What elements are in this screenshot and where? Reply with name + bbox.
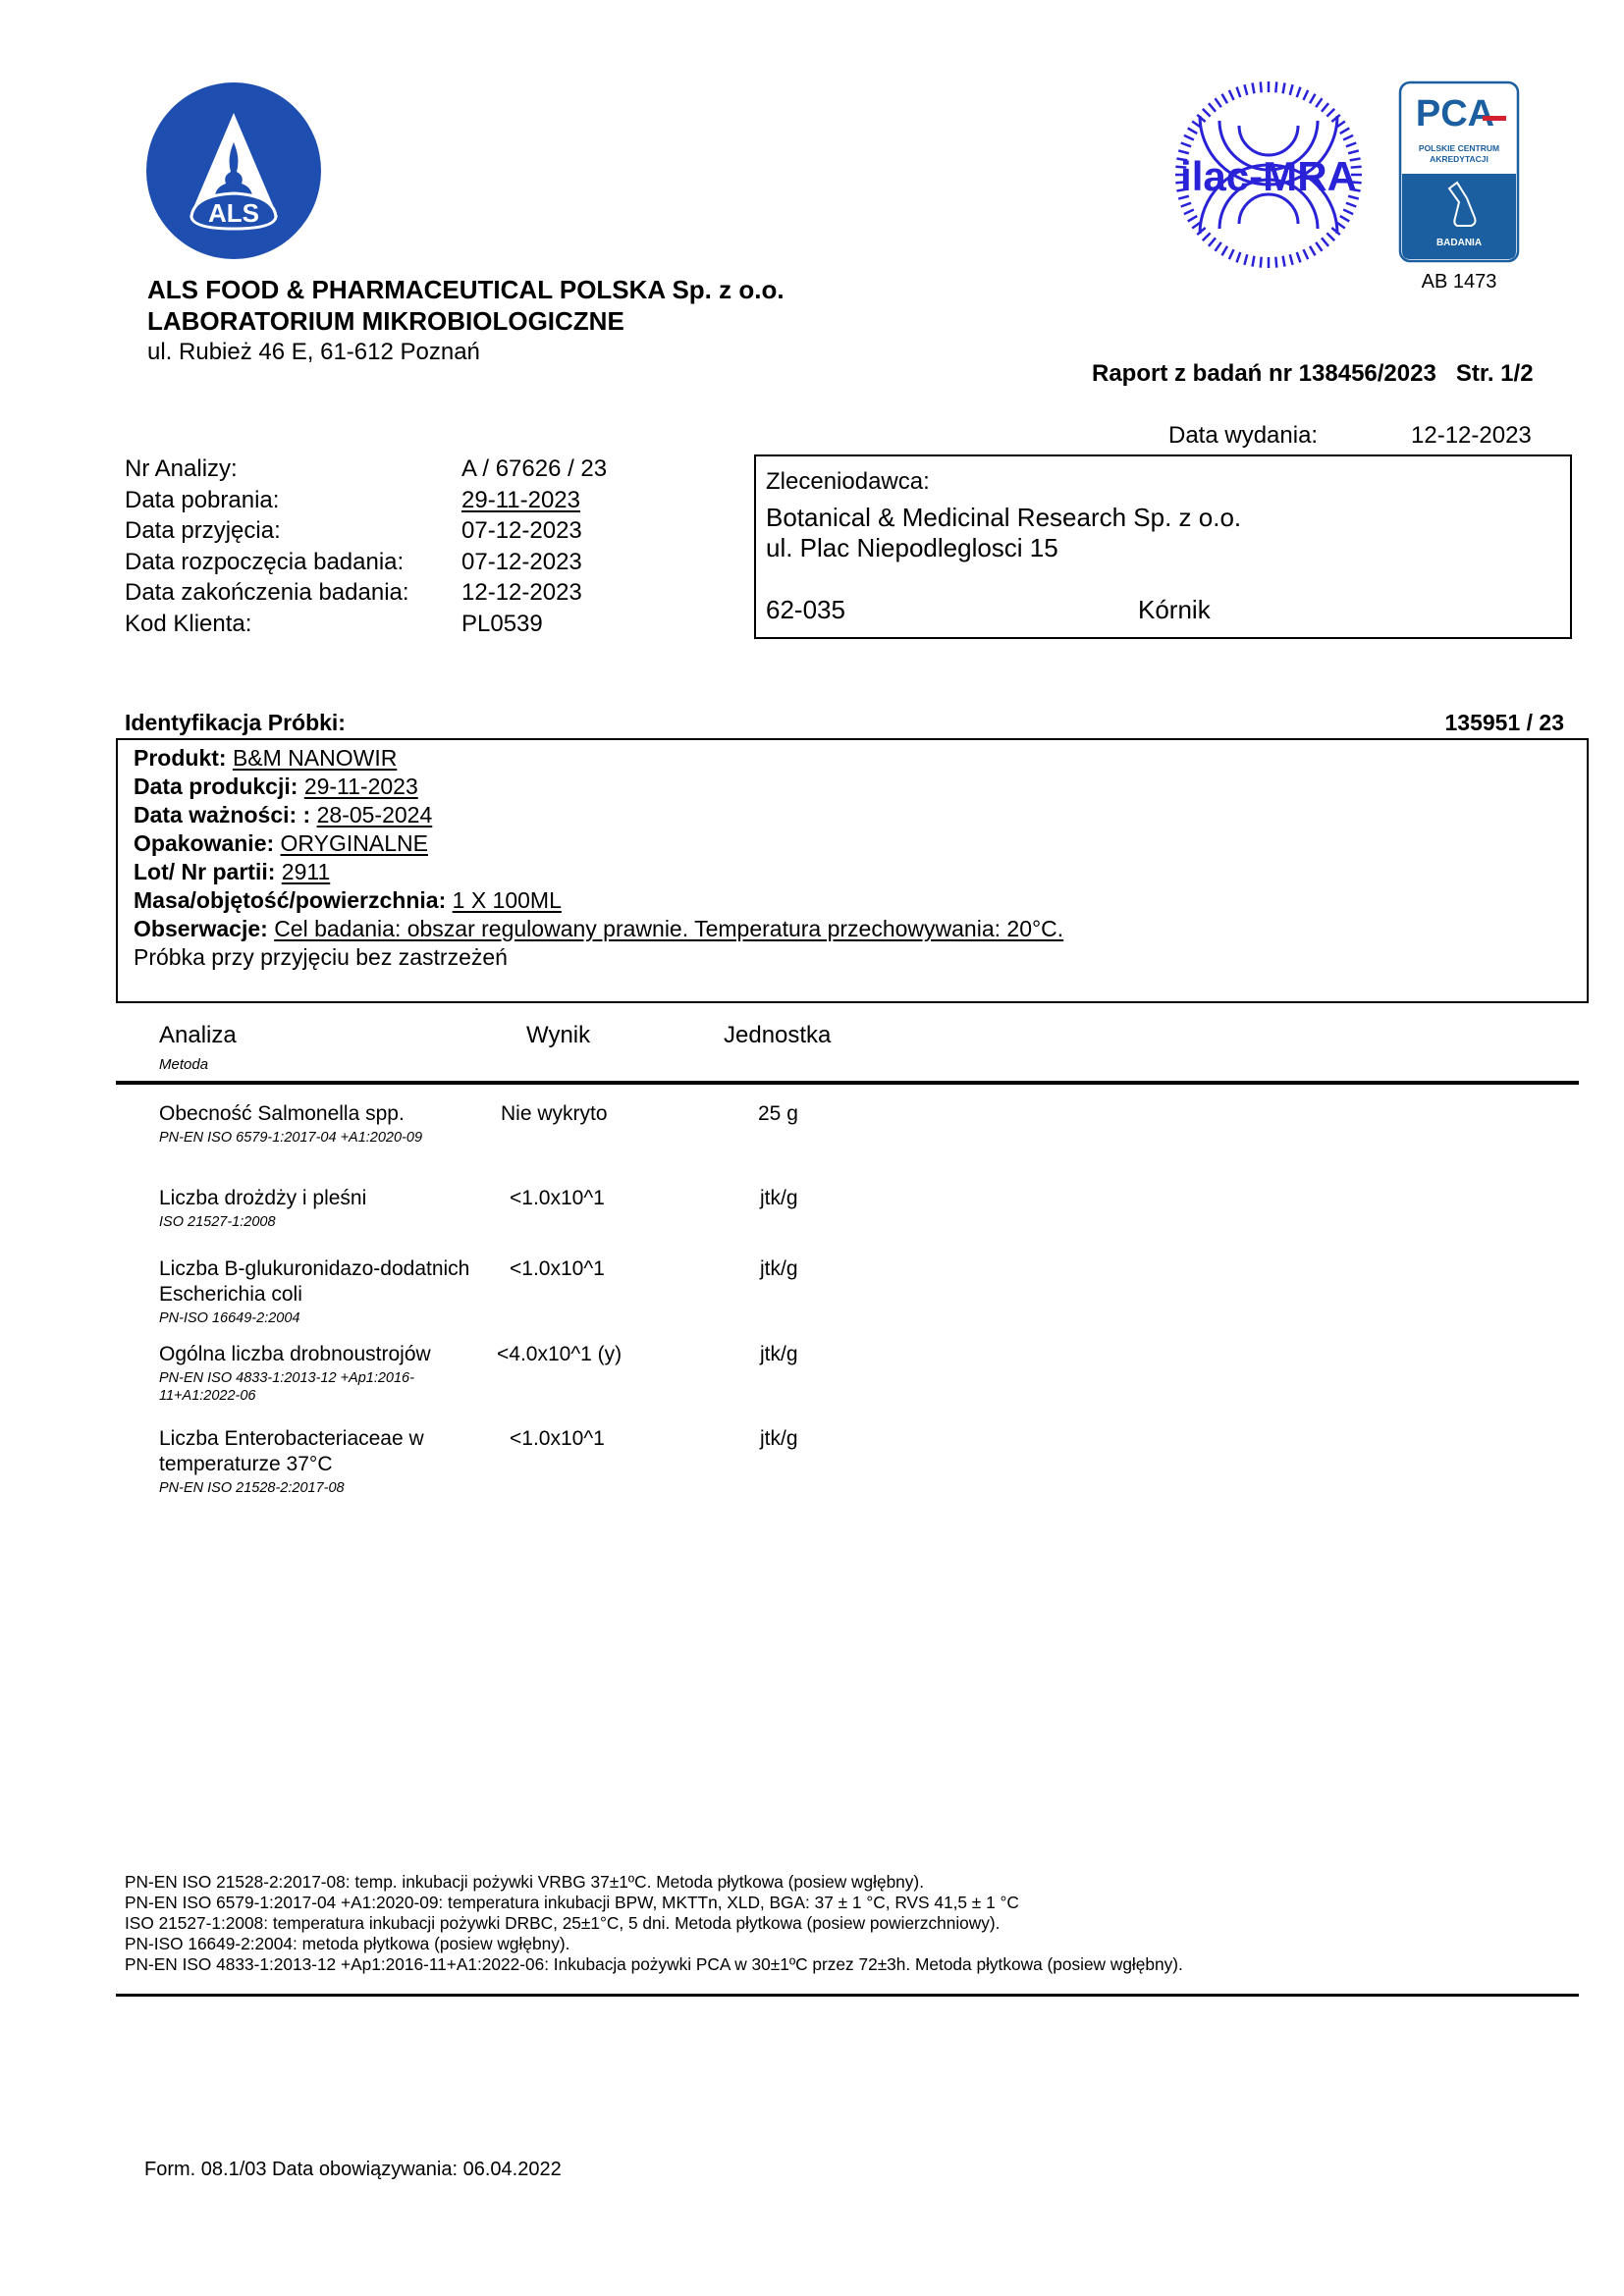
column-header-unit: Jednostka: [724, 1022, 831, 1049]
result-value: Nie wykryto: [501, 1101, 608, 1127]
method-notes: PN-EN ISO 21528-2:2017-08: temp. inkubac…: [125, 1872, 1183, 1975]
sample-id: 135951 / 23: [1444, 710, 1564, 736]
meta-label: Data zakończenia badania:: [125, 577, 461, 609]
sample-field-value: 1 X 100ML: [453, 887, 562, 913]
method-note: PN-EN ISO 4833-1:2013-12 +Ap1:2016-11+A1…: [125, 1954, 1183, 1975]
accreditation-code: AB 1473: [1398, 271, 1520, 294]
als-logo: ALS: [144, 81, 323, 260]
method-note: PN-EN ISO 6579-1:2017-04 +A1:2020-09: te…: [125, 1893, 1183, 1913]
lab-name: ALS FOOD & PHARMACEUTICAL POLSKA Sp. z o…: [147, 275, 785, 305]
column-header-result: Wynik: [526, 1022, 590, 1049]
result-unit: 25 g: [758, 1101, 798, 1127]
footer-divider: [116, 1994, 1579, 1997]
svg-text:PCA: PCA: [1416, 93, 1494, 134]
result-value: <1.0x10^1: [510, 1186, 605, 1211]
client-name: Botanical & Medicinal Research Sp. z o.o…: [766, 503, 1241, 533]
meta-row: Nr Analizy:A / 67626 / 23: [125, 454, 607, 485]
sample-fields: Produkt: B&M NANOWIR Data produkcji: 29-…: [134, 744, 1063, 972]
sample-field-label: Opakowanie:: [134, 830, 274, 856]
sample-field-value: 29-11-2023: [304, 774, 418, 799]
issue-date-label: Data wydania:: [1168, 422, 1318, 450]
client-street: ul. Plac Niepodleglosci 15: [766, 533, 1058, 563]
method-note: ISO 21527-1:2008: temperatura inkubacji …: [125, 1913, 1183, 1934]
sample-field-value: ORYGINALNE: [281, 830, 428, 856]
issue-date-value: 12-12-2023: [1411, 422, 1532, 450]
analysis-name: Ogólna liczba drobnoustrojów: [159, 1343, 431, 1365]
svg-text:ALS: ALS: [208, 198, 259, 228]
svg-text:BADANIA: BADANIA: [1436, 238, 1482, 248]
sample-field: Masa/objętość/powierzchnia: 1 X 100ML: [134, 886, 1063, 915]
analysis-method: PN-EN ISO 6579-1:2017-04 +A1:2020-09: [159, 1129, 454, 1147]
meta-label: Data rozpoczęcia badania:: [125, 547, 461, 578]
meta-value: 12-12-2023: [461, 577, 582, 609]
result-unit: jtk/g: [760, 1342, 798, 1367]
sample-field-label: Lot/ Nr partii:: [134, 859, 275, 884]
sample-field-value: Cel badania: obszar regulowany prawnie. …: [274, 916, 1063, 941]
result-unit: jtk/g: [760, 1256, 798, 1282]
meta-label: Data przyjęcia:: [125, 515, 461, 547]
svg-text:POLSKIE CENTRUM: POLSKIE CENTRUM: [1419, 143, 1499, 153]
lab-department: LABORATORIUM MIKROBIOLOGICZNE: [147, 306, 624, 337]
svg-text:ilac-MRA: ilac-MRA: [1180, 153, 1357, 199]
column-header-method: Metoda: [159, 1056, 208, 1073]
ilac-mra-logo: ilac-MRA: [1172, 79, 1365, 271]
result-value: <1.0x10^1: [510, 1426, 605, 1452]
meta-label: Nr Analizy:: [125, 454, 461, 485]
analysis-meta: Nr Analizy:A / 67626 / 23 Data pobrania:…: [125, 454, 607, 639]
meta-value: PL0539: [461, 609, 543, 640]
sample-field-label: Obserwacje:: [134, 916, 268, 941]
result-unit: jtk/g: [760, 1186, 798, 1211]
sample-box: Produkt: B&M NANOWIR Data produkcji: 29-…: [116, 738, 1589, 1003]
method-note: PN-EN ISO 21528-2:2017-08: temp. inkubac…: [125, 1872, 1183, 1893]
analysis-name: Obecność Salmonella spp.: [159, 1102, 405, 1125]
meta-label: Kod Klienta:: [125, 609, 461, 640]
meta-label: Data pobrania:: [125, 485, 461, 516]
analysis-method: PN-ISO 16649-2:2004: [159, 1309, 454, 1327]
sample-field-label: Produkt:: [134, 745, 227, 771]
meta-value: 29-11-2023: [461, 485, 580, 516]
pca-accreditation-logo: PCA POLSKIE CENTRUM AKREDYTACJI BADANIA: [1398, 80, 1520, 265]
sample-field: Produkt: B&M NANOWIR: [134, 744, 1063, 773]
client-zip: 62-035: [766, 595, 845, 625]
client-city: Kórnik: [1138, 595, 1211, 625]
meta-row: Kod Klienta:PL0539: [125, 609, 607, 640]
result-value: <1.0x10^1: [510, 1256, 605, 1282]
sample-field-label: Data ważności: :: [134, 802, 310, 828]
meta-value: 07-12-2023: [461, 547, 582, 578]
result-value: <4.0x10^1 (y): [497, 1342, 622, 1367]
meta-row: Data zakończenia badania:12-12-2023: [125, 577, 607, 609]
sample-field: Data produkcji: 29-11-2023: [134, 773, 1063, 801]
sample-field: Opakowanie: ORYGINALNE: [134, 829, 1063, 858]
client-label: Zleceniodawca:: [766, 468, 930, 496]
meta-value: 07-12-2023: [461, 515, 582, 547]
sample-field: Lot/ Nr partii: 2911: [134, 858, 1063, 886]
column-header-analysis: Analiza: [159, 1022, 237, 1049]
sample-field: Data ważności: : 28-05-2024: [134, 801, 1063, 829]
sample-field-value: 2911: [282, 859, 330, 884]
sample-field-value: 28-05-2024: [317, 802, 433, 828]
result-unit: jtk/g: [760, 1426, 798, 1452]
meta-value: A / 67626 / 23: [461, 454, 607, 485]
analysis-name: Liczba B-glukuronidazo-dodatnich Escheri…: [159, 1257, 469, 1306]
header-divider: [116, 1081, 1579, 1085]
analysis-method: ISO 21527-1:2008: [159, 1213, 454, 1231]
sample-field-label: Masa/objętość/powierzchnia:: [134, 887, 446, 913]
svg-text:AKREDYTACJI: AKREDYTACJI: [1430, 154, 1489, 164]
report-title: Raport z badań nr 138456/2023 Str. 1/2: [1092, 360, 1534, 388]
meta-row: Data rozpoczęcia badania:07-12-2023: [125, 547, 607, 578]
client-box: Zleceniodawca: Botanical & Medicinal Res…: [754, 454, 1572, 639]
analysis-name: Liczba drożdży i pleśni: [159, 1187, 366, 1209]
lab-address: ul. Rubież 46 E, 61-612 Poznań: [147, 339, 480, 366]
sample-note: Próbka przy przyjęciu bez zastrzeżeń: [134, 943, 1063, 972]
form-footer: Form. 08.1/03 Data obowiązywania: 06.04.…: [144, 2159, 562, 2181]
sample-field-label: Data produkcji:: [134, 774, 298, 799]
method-note: PN-ISO 16649-2:2004: metoda płytkowa (po…: [125, 1934, 1183, 1954]
sample-field: Obserwacje: Cel badania: obszar regulowa…: [134, 915, 1063, 943]
sample-field-value: B&M NANOWIR: [233, 745, 397, 771]
analysis-method: PN-EN ISO 4833-1:2013-12 +Ap1:2016-11+A1…: [159, 1369, 454, 1405]
meta-row: Data pobrania:29-11-2023: [125, 485, 607, 516]
analysis-name: Liczba Enterobacteriaceae w temperaturze…: [159, 1427, 424, 1475]
analysis-method: PN-EN ISO 21528-2:2017-08: [159, 1479, 454, 1497]
meta-row: Data przyjęcia:07-12-2023: [125, 515, 607, 547]
sample-section-title: Identyfikacja Próbki:: [125, 710, 346, 736]
